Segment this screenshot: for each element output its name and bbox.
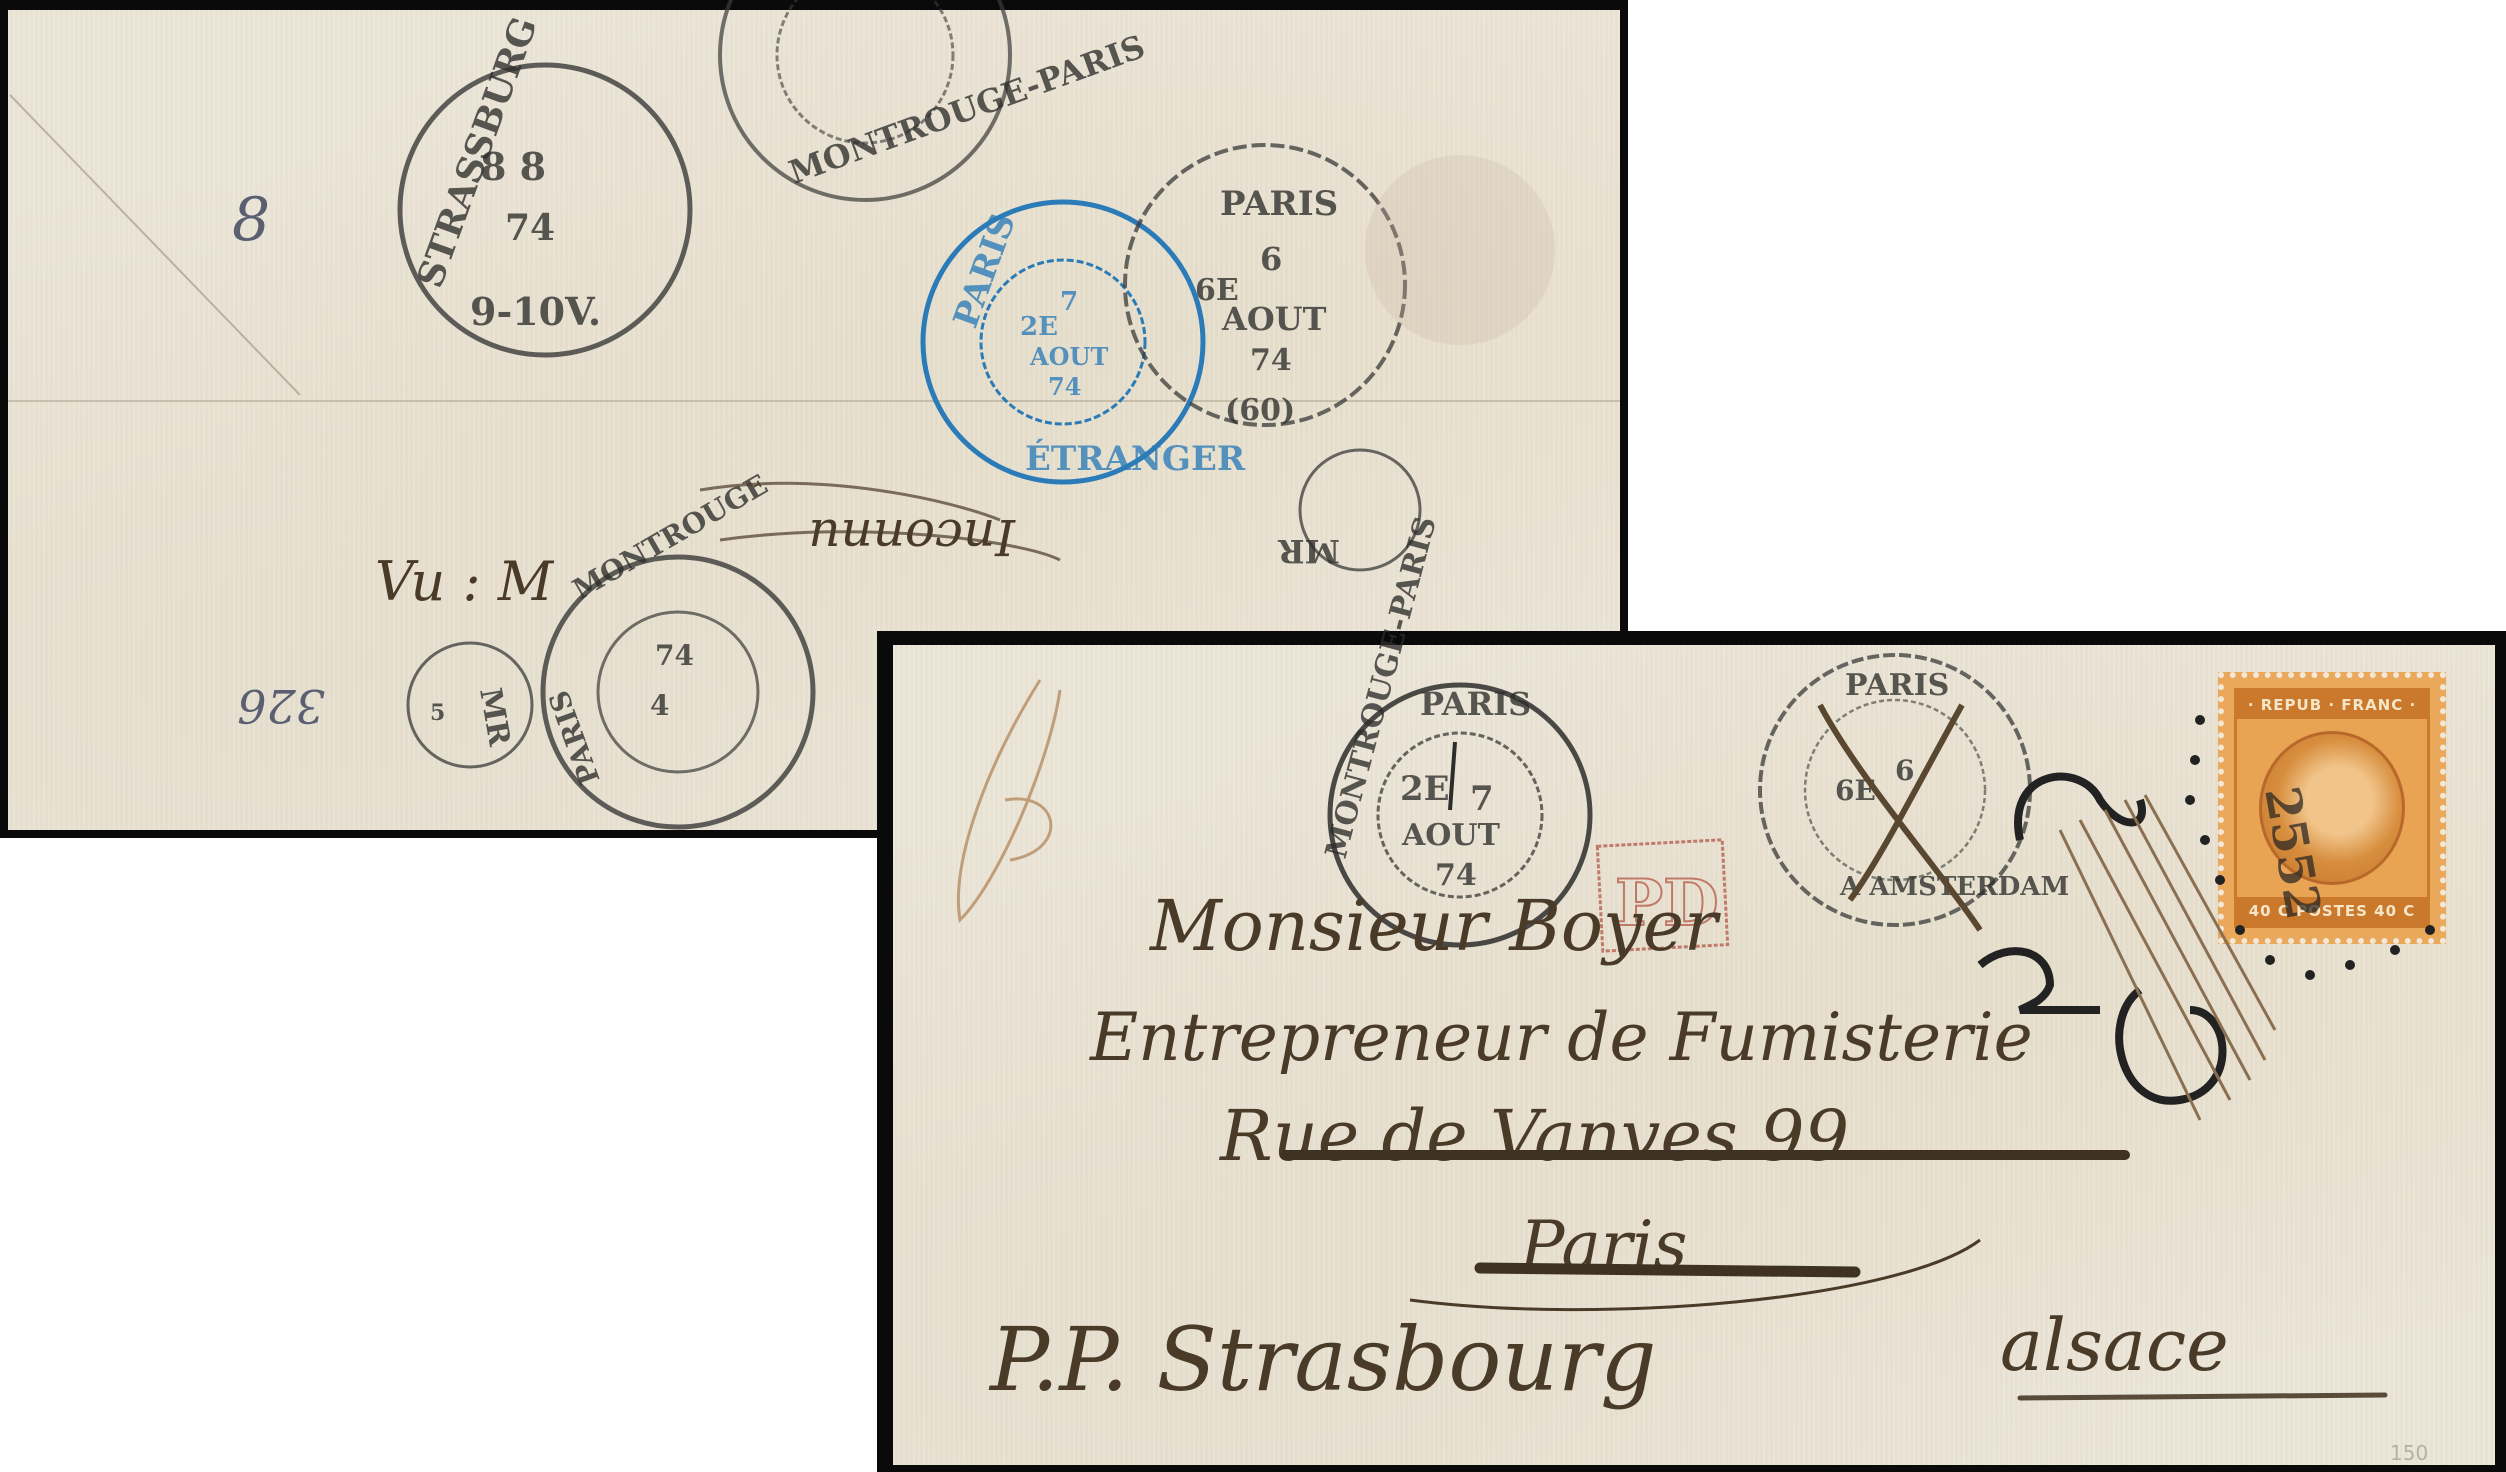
address-line-3: Rue de Vanves 99: [1218, 1095, 1849, 1177]
address-line-2: Entrepreneur de Fumisterie: [1089, 999, 2033, 1076]
svg-text:2552: 2552: [2253, 782, 2331, 923]
address-block: Monsieur Boyer Entrepreneur de Fumisteri…: [988, 885, 2385, 1411]
address-line-5: P.P. Strasbourg: [988, 1308, 1656, 1411]
svg-text:PARIS: PARIS: [1845, 668, 1949, 703]
svg-text:150: 150: [2390, 1441, 2428, 1465]
svg-text:PARIS: PARIS: [1420, 685, 1531, 723]
svg-text:7: 7: [1470, 779, 1494, 819]
front-cover-markings: 2552 PARIS 2E 7 AOUT 74 MONTROUGE-PARIS …: [0, 0, 2506, 1472]
address-line-5-suffix: alsace: [2000, 1303, 2229, 1387]
svg-text:2E: 2E: [1400, 769, 1450, 809]
gc-lozenge-cancel: 2552: [2185, 715, 2435, 980]
paris-montrouge-postmark: PARIS 2E 7 AOUT 74 MONTROUGE-PARIS: [1319, 513, 1590, 945]
svg-text:6: 6: [1895, 754, 1914, 787]
address-line-1: Monsieur Boyer: [1148, 885, 1721, 967]
svg-text:AOUT: AOUT: [1401, 818, 1501, 853]
